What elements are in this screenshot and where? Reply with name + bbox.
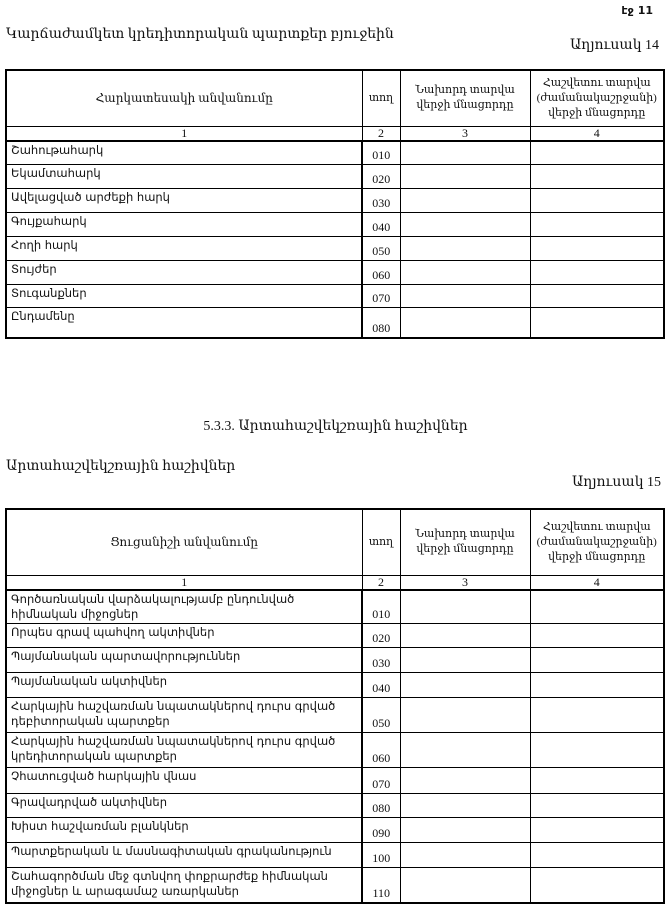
row-code: 040 — [362, 673, 400, 698]
row-name: Գույքահարկ — [6, 213, 362, 237]
prev-year-value-cell[interactable] — [400, 590, 530, 624]
table-row: Ավելացված արժեքի հարկ030 — [6, 189, 664, 213]
table-row: Շահագործման մեջ գտնվող փոքրարժեք հիմնակա… — [6, 868, 664, 903]
table-row: Գործառնական վարձակալությամբ ընդունված հի… — [6, 590, 664, 624]
row-name: Տուգանքներ — [6, 285, 362, 308]
page-number: էջ 11 — [621, 4, 653, 17]
current-year-value-cell[interactable] — [530, 237, 664, 261]
current-year-value-cell[interactable] — [530, 141, 664, 165]
prev-year-value-cell[interactable] — [400, 261, 530, 285]
prev-year-value-cell[interactable] — [400, 733, 530, 768]
table15-title: Արտահաշվեկշռային հաշիվներ — [6, 458, 235, 475]
row-code: 100 — [362, 843, 400, 868]
header-name: Հարկատեսակի անվանումը — [6, 70, 362, 126]
prev-year-value-cell[interactable] — [400, 237, 530, 261]
header-code: տող — [362, 70, 400, 126]
row-code: 070 — [362, 285, 400, 308]
current-year-value-cell[interactable] — [530, 648, 664, 673]
column-number: 4 — [530, 575, 664, 590]
table-row: Հարկային հաշվառման նպատակներով դուրս գրվ… — [6, 698, 664, 733]
row-name: Ընդամենը — [6, 308, 362, 338]
current-year-value-cell[interactable] — [530, 189, 664, 213]
row-code: 090 — [362, 818, 400, 843]
current-year-value-cell[interactable] — [530, 165, 664, 189]
row-code: 010 — [362, 141, 400, 165]
row-name: Տույժեր — [6, 261, 362, 285]
table14: Հարկատեսակի անվանումը տող Նախորդ տարվա վ… — [5, 69, 665, 339]
prev-year-value-cell[interactable] — [400, 818, 530, 843]
prev-year-value-cell[interactable] — [400, 141, 530, 165]
prev-year-value-cell[interactable] — [400, 768, 530, 794]
row-name: Եկամտահարկ — [6, 165, 362, 189]
column-number: 2 — [362, 575, 400, 590]
row-name: Պայմանական պարտավորություններ — [6, 648, 362, 673]
prev-year-value-cell[interactable] — [400, 308, 530, 338]
row-code: 050 — [362, 698, 400, 733]
row-name: Չհատուցված հարկային վնաս — [6, 768, 362, 794]
current-year-value-cell[interactable] — [530, 768, 664, 794]
header-current-year: Հաշվետու տարվա (ժամանակաշրջանի) վերջի մն… — [530, 70, 664, 126]
table-row: Հողի հարկ050 — [6, 237, 664, 261]
prev-year-value-cell[interactable] — [400, 285, 530, 308]
column-number: 1 — [6, 575, 362, 590]
prev-year-value-cell[interactable] — [400, 189, 530, 213]
table-row: Տույժեր060 — [6, 261, 664, 285]
current-year-value-cell[interactable] — [530, 285, 664, 308]
table14-label: Աղյուսակ 14 — [570, 37, 659, 54]
column-number: 1 — [6, 126, 362, 141]
table-row: Չհատուցված հարկային վնաս070 — [6, 768, 664, 794]
row-code: 070 — [362, 768, 400, 794]
row-name: Խիստ հաշվառման բլանկներ — [6, 818, 362, 843]
table-row: Գույքահարկ040 — [6, 213, 664, 237]
current-year-value-cell[interactable] — [530, 261, 664, 285]
current-year-value-cell[interactable] — [530, 868, 664, 903]
row-code: 060 — [362, 733, 400, 768]
row-code: 050 — [362, 237, 400, 261]
current-year-value-cell[interactable] — [530, 794, 664, 818]
table-row: Որպես գրավ պահվող ակտիվներ020 — [6, 624, 664, 648]
table-row: Եկամտահարկ020 — [6, 165, 664, 189]
row-name: Որպես գրավ պահվող ակտիվներ — [6, 624, 362, 648]
prev-year-value-cell[interactable] — [400, 794, 530, 818]
column-number: 2 — [362, 126, 400, 141]
row-code: 020 — [362, 165, 400, 189]
table15: Ցուցանիշի անվանումը տող Նախորդ տարվա վեր… — [5, 508, 665, 904]
row-code: 010 — [362, 590, 400, 624]
header-current-year: Հաշվետու տարվա (ժամանակաշրջանի) վերջի մն… — [530, 509, 664, 575]
header-prev-year: Նախորդ տարվա վերջի մնացորդը — [400, 70, 530, 126]
row-name: Պարտքերական և մասնագիտական գրականություն — [6, 843, 362, 868]
current-year-value-cell[interactable] — [530, 733, 664, 768]
current-year-value-cell[interactable] — [530, 213, 664, 237]
row-code: 080 — [362, 308, 400, 338]
row-name: Շահագործման մեջ գտնվող փոքրարժեք հիմնակա… — [6, 868, 362, 903]
row-name: Գործառնական վարձակալությամբ ընդունված հի… — [6, 590, 362, 624]
table-row: Հարկային հաշվառման նպատակներով դուրս գրվ… — [6, 733, 664, 768]
prev-year-value-cell[interactable] — [400, 648, 530, 673]
row-code: 080 — [362, 794, 400, 818]
section-heading: 5.3.3. Արտահաշվեկշռային հաշիվներ — [0, 418, 671, 435]
table-row: Պայմանական պարտավորություններ030 — [6, 648, 664, 673]
table-row: Պարտքերական և մասնագիտական գրականություն… — [6, 843, 664, 868]
prev-year-value-cell[interactable] — [400, 624, 530, 648]
table15-label: Աղյուսակ 15 — [572, 474, 661, 491]
row-code: 040 — [362, 213, 400, 237]
prev-year-value-cell[interactable] — [400, 213, 530, 237]
header-name: Ցուցանիշի անվանումը — [6, 509, 362, 575]
column-number: 3 — [400, 126, 530, 141]
current-year-value-cell[interactable] — [530, 308, 664, 338]
row-code: 110 — [362, 868, 400, 903]
prev-year-value-cell[interactable] — [400, 698, 530, 733]
table-row: Տուգանքներ070 — [6, 285, 664, 308]
current-year-value-cell[interactable] — [530, 673, 664, 698]
table-row: Պայմանական ակտիվներ040 — [6, 673, 664, 698]
table-row: Գրավադրված ակտիվներ080 — [6, 794, 664, 818]
table-row: Շահութահարկ010 — [6, 141, 664, 165]
table-row: Խիստ հաշվառման բլանկներ090 — [6, 818, 664, 843]
current-year-value-cell[interactable] — [530, 698, 664, 733]
prev-year-value-cell[interactable] — [400, 673, 530, 698]
header-code: տող — [362, 509, 400, 575]
table14-body: Շահութահարկ010Եկամտահարկ020Ավելացված արժ… — [6, 141, 664, 338]
row-name: Շահութահարկ — [6, 141, 362, 165]
row-code: 030 — [362, 648, 400, 673]
row-name: Ավելացված արժեքի հարկ — [6, 189, 362, 213]
prev-year-value-cell[interactable] — [400, 165, 530, 189]
current-year-value-cell[interactable] — [530, 624, 664, 648]
prev-year-value-cell[interactable] — [400, 843, 530, 868]
row-name: Հարկային հաշվառման նպատակներով դուրս գրվ… — [6, 733, 362, 768]
row-name: Գրավադրված ակտիվներ — [6, 794, 362, 818]
row-name: Հողի հարկ — [6, 237, 362, 261]
row-name: Պայմանական ակտիվներ — [6, 673, 362, 698]
column-number: 4 — [530, 126, 664, 141]
row-code: 030 — [362, 189, 400, 213]
prev-year-value-cell[interactable] — [400, 868, 530, 903]
table14-title: Կարճաժամկետ կրեդիտորական պարտքեր բյուջեի… — [6, 26, 394, 43]
column-number: 3 — [400, 575, 530, 590]
row-code: 060 — [362, 261, 400, 285]
current-year-value-cell[interactable] — [530, 843, 664, 868]
current-year-value-cell[interactable] — [530, 818, 664, 843]
header-prev-year: Նախորդ տարվա վերջի մնացորդը — [400, 509, 530, 575]
table15-body: Գործառնական վարձակալությամբ ընդունված հի… — [6, 590, 664, 903]
table-row: Ընդամենը080 — [6, 308, 664, 338]
current-year-value-cell[interactable] — [530, 590, 664, 624]
row-name: Հարկային հաշվառման նպատակներով դուրս գրվ… — [6, 698, 362, 733]
row-code: 020 — [362, 624, 400, 648]
